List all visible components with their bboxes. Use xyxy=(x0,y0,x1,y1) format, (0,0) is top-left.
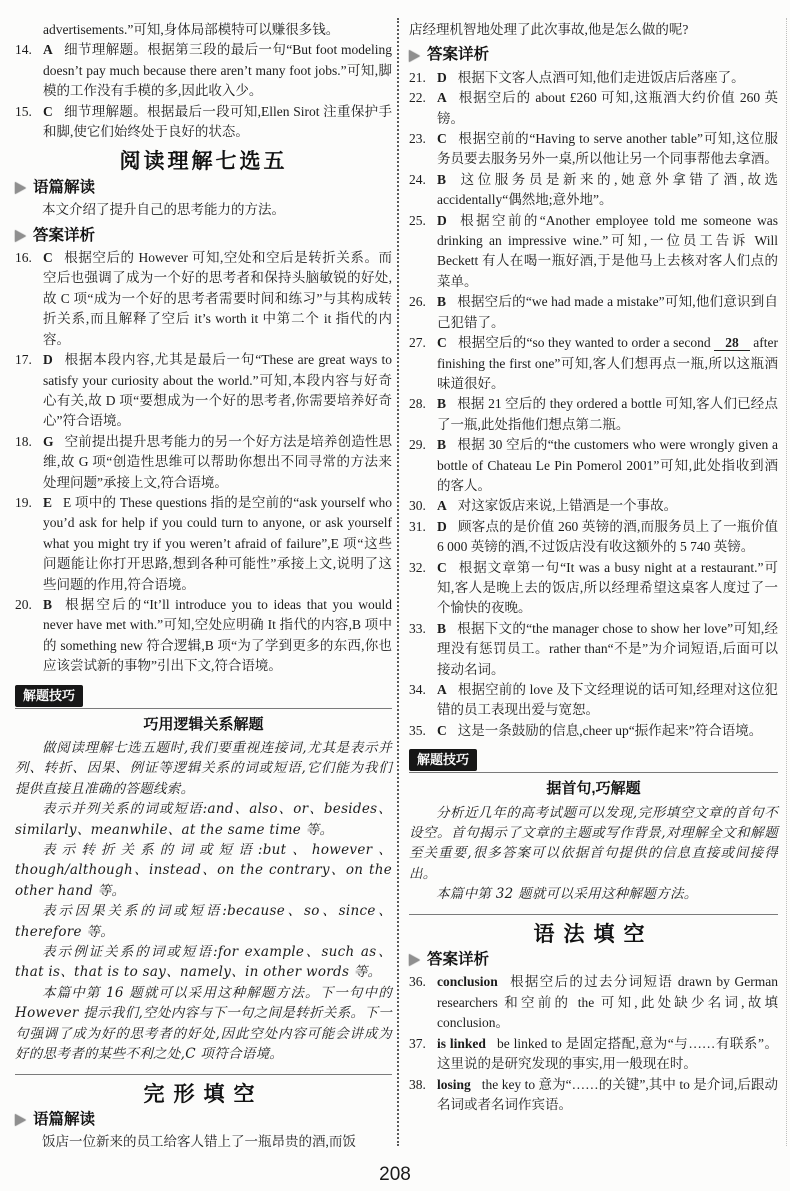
answer-item: 17.D根据本段内容,尤其是最后一句“These are great ways … xyxy=(15,350,392,432)
answer-number: 37. xyxy=(409,1034,437,1075)
answer-number: 18. xyxy=(15,432,43,493)
tips-box-reading: 解题技巧 巧用逻辑关系解题 做阅读理解七选五题时,我们要重视连接词,尤其是表示并… xyxy=(15,685,392,1075)
passage-label-row: 语篇解读 xyxy=(15,1110,392,1130)
answer-number: 24. xyxy=(409,170,437,211)
answer-number: 35. xyxy=(409,721,437,741)
answer-key: A xyxy=(43,42,53,57)
answer-text: G空前提出提升思考能力的另一个好方法是培养创造性思维,故 G 项“创造性思维可以… xyxy=(43,432,392,493)
answer-list-reading: 16.C根据空后的 However 可知,空处和空后是转折关系。而空后也强调了成… xyxy=(15,248,392,677)
answer-text: C细节理解题。根据最后一段可知,Ellen Sirot 注重保护手和脚,使它们始… xyxy=(43,102,392,143)
tips-paragraphs: 分析近几年的高考试题可以发现,完形填空文章的首句不设空。首句揭示了文章的主题或写… xyxy=(409,803,778,905)
answer-text: A根据空后的 about £260 可知,这瓶酒大约价值 260 英镑。 xyxy=(437,88,778,129)
answer-number: 14. xyxy=(15,40,43,101)
answer-item: 19.EE 项中的 These questions 指的是空前的“ask you… xyxy=(15,493,392,595)
answer-item: 22.A根据空后的 about £260 可知,这瓶酒大约价值 260 英镑。 xyxy=(409,88,778,129)
tip-paragraph: 表示例证关系的词或短语:for example、such as、that is、… xyxy=(15,942,392,983)
answers-label: 答案详析 xyxy=(427,45,489,65)
page-number: 208 xyxy=(0,1165,790,1185)
answer-text: B根据下文的“the manager chose to show her lov… xyxy=(437,619,778,680)
answer-item: 25.D根据空前的“Another employee told me someo… xyxy=(409,211,778,293)
answer-text: A细节理解题。根据第三段的最后一句“But foot modeling does… xyxy=(43,40,392,101)
answer-item: 38.losingthe key to 意为“……的关键”,其中 to 是介词,… xyxy=(409,1075,778,1116)
answer-key: A xyxy=(437,498,447,513)
answer-text: is linkedbe linked to 是固定搭配,意为“与……有联系”。这… xyxy=(437,1034,778,1075)
answer-item: 30.A对这家饭店来说,上错酒是一个事故。 xyxy=(409,496,778,516)
answer-key: B xyxy=(437,294,446,309)
answer-text: B这位服务员是新来的,她意外拿错了酒,故选 accidentally“偶然地;意… xyxy=(437,170,778,211)
answer-item: 28.B根据 21 空后的 they ordered a bottle 可知,客… xyxy=(409,394,778,435)
answer-number: 34. xyxy=(409,680,437,721)
answer-item: 31.D顾客点的是价值 260 英镑的酒,而服务员上了一瓶价值 6 000 英镑… xyxy=(409,517,778,558)
answer-key: A xyxy=(437,90,447,105)
answer-key: D xyxy=(437,519,447,534)
answer-number: 17. xyxy=(15,350,43,432)
passage-summary: 本文介绍了提升自己的思考能力的方法。 xyxy=(15,200,392,220)
tip-paragraph: 分析近几年的高考试题可以发现,完形填空文章的首句不设空。首句揭示了文章的主题或写… xyxy=(409,803,778,885)
answer-key: D xyxy=(43,352,53,367)
answer-text: D根据下文客人点酒可知,他们走进饭店后落座了。 xyxy=(437,68,778,88)
answer-text: D根据本段内容,尤其是最后一句“These are great ways to … xyxy=(43,350,392,432)
answer-text: B根据空后的“It’ll introduce you to ideas that… xyxy=(43,595,392,677)
answer-list-previous: 14.A细节理解题。根据第三段的最后一句“But foot modeling d… xyxy=(15,40,392,142)
answer-number: 36. xyxy=(409,972,437,1033)
tips-badge: 解题技巧 xyxy=(409,749,477,771)
answer-number: 33. xyxy=(409,619,437,680)
right-column: 店经理机智地处理了此次事故,他是怎么做的呢? 答案详析 21.D根据下文客人点酒… xyxy=(409,20,778,1115)
tip-paragraph: 表示并列关系的词或短语:and、also、or、besides、similarl… xyxy=(15,799,392,840)
answer-text: conclusion根据空后的过去分词短语 drawn by German re… xyxy=(437,972,778,1033)
book-page: advertisements.”可知,身体局部模特可以赚很多钱。 14.A细节理… xyxy=(0,0,790,1191)
answer-key: B xyxy=(437,172,446,187)
answer-number: 28. xyxy=(409,394,437,435)
answer-number: 32. xyxy=(409,558,437,619)
passage-label: 语篇解读 xyxy=(33,178,95,198)
section-title-grammar: 语法填空 xyxy=(409,924,778,944)
answer-item: 21.D根据下文客人点酒可知,他们走进饭店后落座了。 xyxy=(409,68,778,88)
answer-key: C xyxy=(437,560,447,575)
answer-number: 16. xyxy=(15,248,43,350)
tip-paragraph: 表示因果关系的词或短语:because、so、since、therefore 等… xyxy=(15,901,392,942)
answer-item: 34.A根据空前的 love 及下文经理说的话可知,经理对这位犯错的员工表现出爱… xyxy=(409,680,778,721)
tips-badge: 解题技巧 xyxy=(15,685,83,707)
answer-number: 29. xyxy=(409,435,437,496)
answer-key: B xyxy=(437,437,446,452)
tips-header: 解题技巧 xyxy=(15,685,392,709)
tips-paragraphs: 做阅读理解七选五题时,我们要重视连接词,尤其是表示并列、转折、因果、例证等逻辑关… xyxy=(15,738,392,1065)
answer-number: 19. xyxy=(15,493,43,595)
answer-number: 31. xyxy=(409,517,437,558)
answer-key: B xyxy=(437,621,446,636)
answer-number: 38. xyxy=(409,1075,437,1116)
answers-label-row: 答案详析 xyxy=(409,950,778,970)
continuation-paragraph: advertisements.”可知,身体局部模特可以赚很多钱。 xyxy=(43,20,392,40)
answer-number: 20. xyxy=(15,595,43,677)
answer-number: 21. xyxy=(409,68,437,88)
answer-item: 14.A细节理解题。根据第三段的最后一句“But foot modeling d… xyxy=(15,40,392,101)
column-divider xyxy=(397,18,399,1146)
answer-text: B根据 21 空后的 they ordered a bottle 可知,客人们已… xyxy=(437,394,778,435)
answer-key: C xyxy=(43,104,53,119)
tips-title: 据首句,巧解题 xyxy=(409,779,778,799)
answer-key: B xyxy=(437,396,446,411)
answers-label-row: 答案详析 xyxy=(409,45,778,65)
answer-key: C xyxy=(437,723,447,738)
answer-item: 20.B根据空后的“It’ll introduce you to ideas t… xyxy=(15,595,392,677)
tips-header: 解题技巧 xyxy=(409,749,778,773)
answer-key: B xyxy=(43,597,52,612)
arrow-icon xyxy=(409,50,420,62)
answer-number: 25. xyxy=(409,211,437,293)
tip-paragraph: 做阅读理解七选五题时,我们要重视连接词,尤其是表示并列、转折、因果、例证等逻辑关… xyxy=(15,738,392,799)
answer-item: 29.B根据 30 空后的“the customers who were wro… xyxy=(409,435,778,496)
answer-item: 16.C根据空后的 However 可知,空处和空后是转折关系。而空后也强调了成… xyxy=(15,248,392,350)
answers-label-row: 答案详析 xyxy=(15,226,392,246)
tips-box-cloze: 解题技巧 据首句,巧解题 分析近几年的高考试题可以发现,完形填空文章的首句不设空… xyxy=(409,749,778,914)
answer-number: 23. xyxy=(409,129,437,170)
answer-list-cloze: 21.D根据下文客人点酒可知,他们走进饭店后落座了。22.A根据空后的 abou… xyxy=(409,68,778,741)
passage-label-row: 语篇解读 xyxy=(15,178,392,198)
tip-paragraph: 本篇中第 32 题就可以采用这种解题方法。 xyxy=(409,884,778,904)
answer-text: C这是一条鼓励的信息,cheer up“振作起来”符合语境。 xyxy=(437,721,778,741)
answer-key: is linked xyxy=(437,1036,486,1051)
answer-item: 27.C根据空后的“so they wanted to order a seco… xyxy=(409,333,778,394)
answer-key: G xyxy=(43,434,54,449)
blank-number: 28 xyxy=(714,335,750,351)
answer-item: 37.is linkedbe linked to 是固定搭配,意为“与……有联系… xyxy=(409,1034,778,1075)
answer-text: C根据空后的“so they wanted to order a second … xyxy=(437,333,778,394)
answers-label: 答案详析 xyxy=(427,950,489,970)
continuation-paragraph: 店经理机智地处理了此次事故,他是怎么做的呢? xyxy=(409,20,778,40)
answer-item: 32.C根据文章第一句“It was a busy night at a res… xyxy=(409,558,778,619)
answer-key: E xyxy=(43,495,52,510)
answer-text: C根据文章第一句“It was a busy night at a restau… xyxy=(437,558,778,619)
passage-summary-cloze: 饭店一位新来的员工给客人错上了一瓶昂贵的酒,而饭 xyxy=(15,1132,392,1152)
answer-number: 30. xyxy=(409,496,437,516)
arrow-icon xyxy=(15,230,26,242)
passage-label: 语篇解读 xyxy=(33,1110,95,1130)
tip-paragraph: 本篇中第 16 题就可以采用这种解题方法。下一句中的 However 提示我们,… xyxy=(15,983,392,1065)
answer-item: 35.C这是一条鼓励的信息,cheer up“振作起来”符合语境。 xyxy=(409,721,778,741)
answer-item: 24.B这位服务员是新来的,她意外拿错了酒,故选 accidentally“偶然… xyxy=(409,170,778,211)
answer-number: 27. xyxy=(409,333,437,394)
answer-number: 26. xyxy=(409,292,437,333)
answer-key: C xyxy=(437,131,447,146)
section-title-reading: 阅读理解七选五 xyxy=(15,151,392,171)
answer-text: losingthe key to 意为“……的关键”,其中 to 是介词,后跟动… xyxy=(437,1075,778,1116)
page-edge-divider xyxy=(786,18,787,1146)
answer-number: 22. xyxy=(409,88,437,129)
answer-item: 36.conclusion根据空后的过去分词短语 drawn by German… xyxy=(409,972,778,1033)
answer-key: losing xyxy=(437,1077,471,1092)
answer-text: C根据空前的“Having to serve another table”可知,… xyxy=(437,129,778,170)
answer-text: D根据空前的“Another employee told me someone … xyxy=(437,211,778,293)
answer-item: 15.C细节理解题。根据最后一段可知,Ellen Sirot 注重保护手和脚,使… xyxy=(15,102,392,143)
answer-text: B根据空后的“we had made a mistake”可知,他们意识到自己犯… xyxy=(437,292,778,333)
answer-text: EE 项中的 These questions 指的是空前的“ask yourse… xyxy=(43,493,392,595)
tips-title: 巧用逻辑关系解题 xyxy=(15,715,392,735)
arrow-icon xyxy=(15,1114,26,1126)
arrow-icon xyxy=(409,954,420,966)
answer-item: 18.G空前提出提升思考能力的另一个好方法是培养创造性思维,故 G 项“创造性思… xyxy=(15,432,392,493)
left-column: advertisements.”可知,身体局部模特可以赚很多钱。 14.A细节理… xyxy=(15,20,392,1153)
answer-list-grammar: 36.conclusion根据空后的过去分词短语 drawn by German… xyxy=(409,972,778,1115)
answer-text: B根据 30 空后的“the customers who were wrongl… xyxy=(437,435,778,496)
answer-key: D xyxy=(437,213,447,228)
answer-key: conclusion xyxy=(437,974,498,989)
answer-key: C xyxy=(43,250,53,265)
answer-key: A xyxy=(437,682,447,697)
answer-item: 26.B根据空后的“we had made a mistake”可知,他们意识到… xyxy=(409,292,778,333)
answer-item: 23.C根据空前的“Having to serve another table”… xyxy=(409,129,778,170)
tip-paragraph: 表示转折关系的词或短语:but、however、though/although、… xyxy=(15,840,392,901)
arrow-icon xyxy=(15,182,26,194)
answer-item: 33.B根据下文的“the manager chose to show her … xyxy=(409,619,778,680)
answer-text: A对这家饭店来说,上错酒是一个事故。 xyxy=(437,496,778,516)
answer-number: 15. xyxy=(15,102,43,143)
answer-key: C xyxy=(437,335,447,350)
answers-label: 答案详析 xyxy=(33,226,95,246)
section-title-cloze: 完形填空 xyxy=(15,1084,392,1104)
answer-text: C根据空后的 However 可知,空处和空后是转折关系。而空后也强调了成为一个… xyxy=(43,248,392,350)
answer-text: D顾客点的是价值 260 英镑的酒,而服务员上了一瓶价值 6 000 英镑的酒,… xyxy=(437,517,778,558)
answer-text: A根据空前的 love 及下文经理说的话可知,经理对这位犯错的员工表现出爱与宽恕… xyxy=(437,680,778,721)
answer-key: D xyxy=(437,70,447,85)
